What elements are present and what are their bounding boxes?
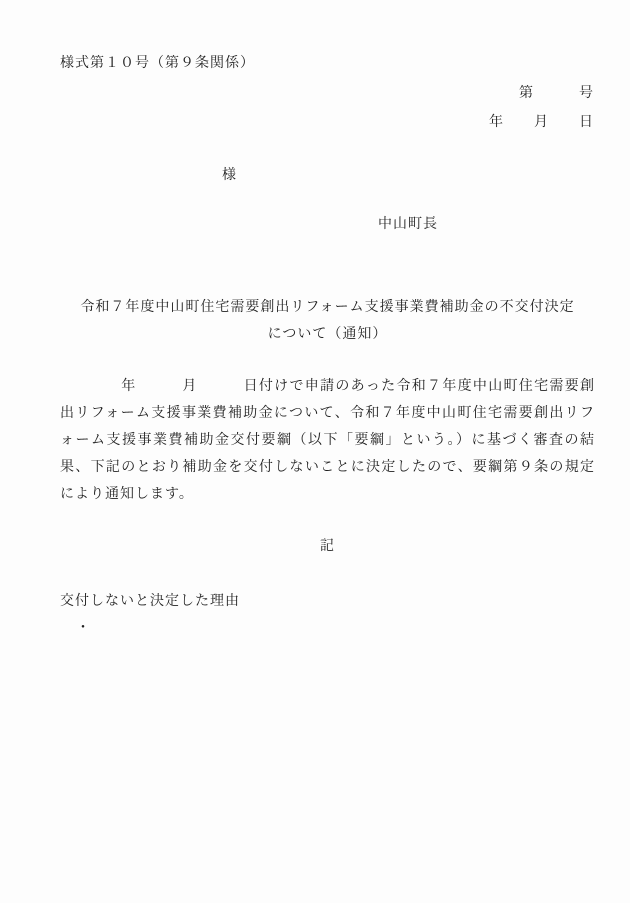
document-title-line2: について（通知） <box>60 321 595 348</box>
issue-number-line: 第 号 <box>519 86 594 102</box>
document-title: 令和７年度中山町住宅需要創出リフォーム支援事業費補助金の不交付決定 について（通… <box>60 294 595 348</box>
notice-document-page: 様式第１０号（第９条関係） 第 号 年 月 日 様 中山町長 令和７年度中山町住… <box>0 0 630 903</box>
reason-bullet: ・ <box>76 615 91 642</box>
record-marker: 記 <box>60 533 595 560</box>
issue-date-line: 年 月 日 <box>489 115 594 131</box>
body-paragraph: 年 月 日付けで申請のあった令和７年度中山町住宅需要創出リフォーム支援事業費補助… <box>60 373 595 508</box>
sender-title: 中山町長 <box>378 217 438 233</box>
reason-heading: 交付しないと決定した理由 <box>60 588 240 615</box>
form-number: 様式第１０号（第９条関係） <box>60 56 255 72</box>
addressee-honorific: 様 <box>222 168 237 184</box>
document-title-line1: 令和７年度中山町住宅需要創出リフォーム支援事業費補助金の不交付決定 <box>60 294 595 321</box>
